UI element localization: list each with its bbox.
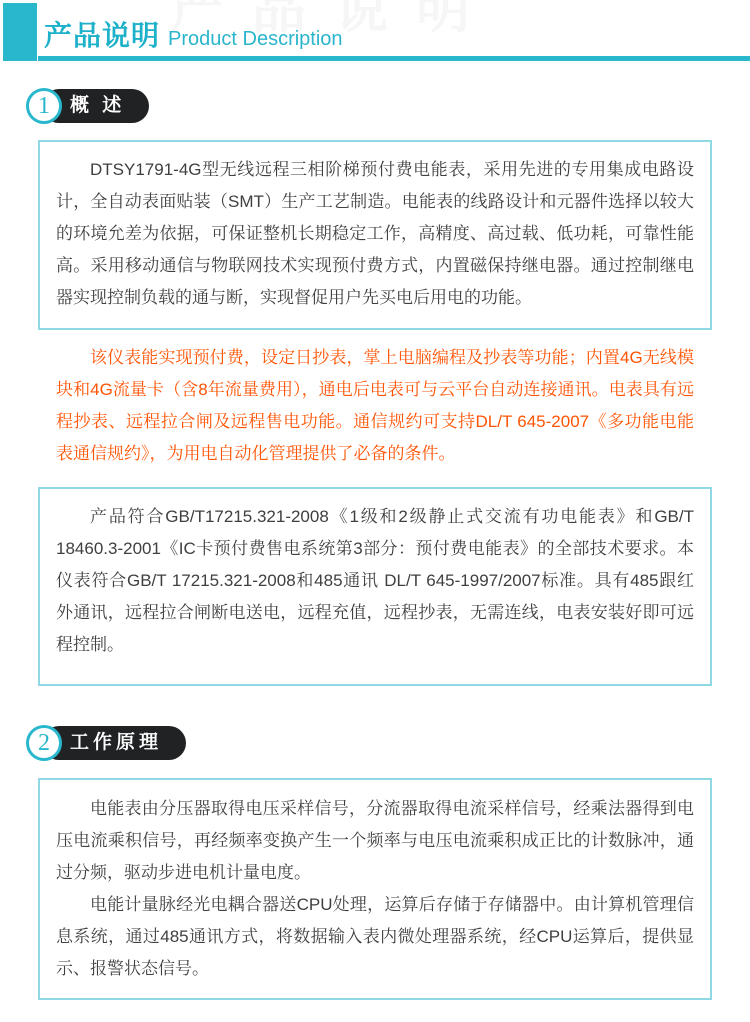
- section-2-badge: 2 工作原理: [26, 725, 186, 761]
- overview-highlight-paragraph: 该仪表能实现预付费，设定日抄表，掌上电脑编程及抄表等功能；内置4G无线模块和4G…: [56, 342, 694, 470]
- overview-standards-box: 产品符合GB/T17215.321-2008《1级和2级静止式交流有功电能表》和…: [38, 487, 712, 686]
- principle-paragraph-2: 电能计量脉经光电耦合器送CPU处理，运算后存储于存储器中。由计算机管理信息系统，…: [56, 889, 694, 985]
- section-1-badge: 1 概 述: [26, 88, 149, 124]
- header-accent-block: [3, 3, 37, 61]
- product-description-page: 产品说明 产品说明Product Description 1 概 述 DTSY1…: [0, 0, 750, 1022]
- page-title-en: Product Description: [168, 28, 343, 50]
- section-1-number: 1: [26, 88, 62, 124]
- header-underline: [38, 56, 750, 61]
- section-2-title: 工作原理: [42, 726, 186, 760]
- overview-highlight-block: 该仪表能实现预付费，设定日抄表，掌上电脑编程及抄表等功能；内置4G无线模块和4G…: [38, 342, 712, 470]
- overview-intro-box: DTSY1791-4G型无线远程三相阶梯预付费电能表，采用先进的专用集成电路设计…: [38, 140, 712, 330]
- principle-box: 电能表由分压器取得电压采样信号，分流器取得电流采样信号，经乘法器得到电压电流乘积…: [38, 778, 712, 1000]
- principle-paragraph-1: 电能表由分压器取得电压采样信号，分流器取得电流采样信号，经乘法器得到电压电流乘积…: [56, 793, 694, 889]
- page-title-cn: 产品说明: [44, 20, 160, 51]
- overview-standards-paragraph: 产品符合GB/T17215.321-2008《1级和2级静止式交流有功电能表》和…: [56, 501, 694, 661]
- overview-intro-paragraph: DTSY1791-4G型无线远程三相阶梯预付费电能表，采用先进的专用集成电路设计…: [56, 154, 694, 314]
- section-2-number: 2: [26, 725, 62, 761]
- page-header: 产品说明Product Description: [44, 14, 343, 54]
